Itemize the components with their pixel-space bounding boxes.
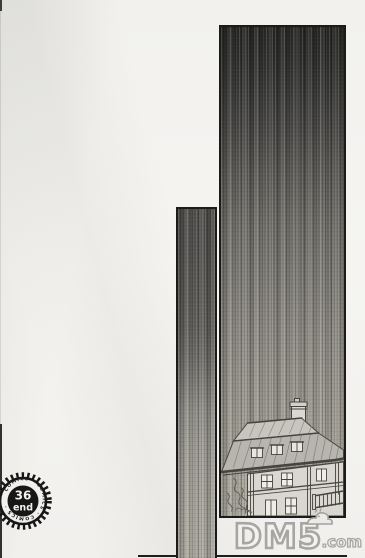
badge-chapter-number: 36 bbox=[15, 489, 32, 503]
dm5-mascot-icon bbox=[305, 508, 335, 526]
manga-page: COMICS · COMICS · COMICS · 36 end DM5.co… bbox=[0, 0, 365, 558]
rain-streak-texture bbox=[178, 209, 215, 558]
rain-panel-narrow bbox=[176, 207, 217, 558]
dm5-logo-suffix: .com bbox=[321, 535, 362, 550]
mansion-illustration bbox=[221, 398, 344, 516]
rain-panel-tall bbox=[219, 25, 346, 518]
dm5-watermark: DM5.com bbox=[234, 520, 362, 554]
page-left-edge-mark-top bbox=[0, 0, 2, 11]
chapter-end-badge: COMICS · COMICS · COMICS · 36 end bbox=[0, 470, 56, 532]
badge-end-label: end bbox=[13, 503, 33, 514]
